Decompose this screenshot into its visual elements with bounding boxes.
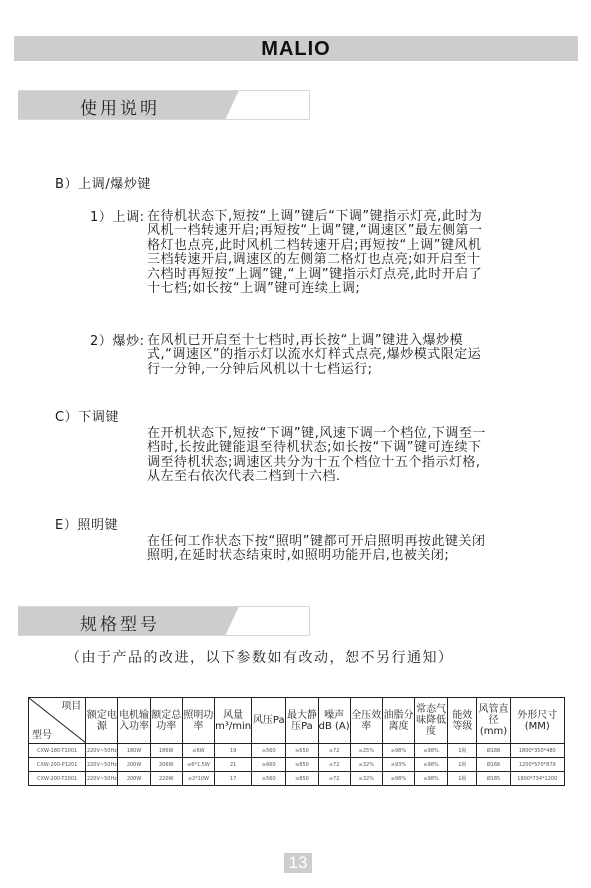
- table-cell: Ø185: [477, 772, 510, 786]
- table-row: CXW-200-P1201 220V~50Hz 200W 206W ≤6*1.5…: [29, 758, 565, 772]
- table-cell: ≥98%: [415, 744, 448, 758]
- column-header: 风管直径(mm): [477, 698, 510, 744]
- heading-c: C）下调键: [55, 410, 119, 425]
- column-header: 电机输入功率: [118, 698, 150, 744]
- column-header: 额定电源: [86, 698, 118, 744]
- column-header: 风量m³/min: [215, 698, 252, 744]
- table-cell: 200W: [118, 758, 150, 772]
- table-cell: 220W: [150, 772, 182, 786]
- column-header: 风压Pa: [252, 698, 286, 744]
- corner-top-label: 项目: [61, 701, 81, 712]
- item1-label: 1）上调:: [90, 210, 145, 225]
- table-cell: 220V~50Hz: [86, 772, 118, 786]
- column-header: 额定总功率: [150, 698, 182, 744]
- spec-note: （由于产品的改进，以下参数如有改动，恕不另行通知）: [66, 647, 454, 667]
- table-cell: ≥98%: [382, 744, 414, 758]
- column-header: 最大静压Pa: [286, 698, 318, 744]
- section-header-frame: [18, 606, 310, 636]
- table-cell: Ø166: [477, 758, 510, 772]
- table-cell: ≥32%: [350, 772, 382, 786]
- table-cell: ≥98%: [415, 758, 448, 772]
- section-title: 使用说明: [80, 94, 160, 119]
- column-header: 油脂分离度: [382, 698, 414, 744]
- table-cell: 180W: [118, 744, 150, 758]
- column-header: 照明功率: [182, 698, 214, 744]
- table-cell: CXW-200-T2001: [29, 772, 86, 786]
- table-cell: ≥98%: [415, 772, 448, 786]
- table-cell: 1800*734*1200: [510, 772, 564, 786]
- table-cell: 220V~50Hz: [86, 744, 118, 758]
- spec-table: 项目 型号 额定电源 电机输入功率 额定总功率 照明功率 风量m³/min 风压…: [28, 697, 565, 786]
- table-cell: CXW-200-P1201: [29, 758, 86, 772]
- section-title: 规格型号: [80, 610, 160, 635]
- table-cell: 21: [215, 758, 252, 772]
- corner-bottom-label: 型号: [32, 730, 52, 741]
- item2-label: 2）爆炒:: [90, 334, 145, 349]
- table-cell: 1级: [448, 772, 477, 786]
- table-cell: ≤72: [318, 758, 350, 772]
- table-cell: Ø188: [477, 744, 510, 758]
- table-cell: 1级: [448, 744, 477, 758]
- table-cell: 17: [215, 772, 252, 786]
- column-header: 噪声dB (A): [318, 698, 350, 744]
- header-bar: MALIO: [14, 36, 578, 61]
- corner-header: 项目 型号: [29, 698, 86, 744]
- table-cell: ≥560: [252, 744, 286, 758]
- c-text: 在开机状态下,短按“下调”键,风速下调一个档位,下调至一档时,长按此键能退至待机…: [147, 427, 492, 485]
- table-cell: ≤2*10W: [182, 772, 214, 786]
- table-cell: ≤6W: [182, 744, 214, 758]
- table-cell: ≥650: [286, 744, 318, 758]
- item1-text: 在待机状态下,短按“上调”键后“下调”键指示灯亮,此时为风机一档转速开启;再短按…: [147, 210, 492, 296]
- column-header: 外形尺寸(MM): [510, 698, 564, 744]
- section-header-frame: [18, 90, 310, 120]
- table-cell: ≥660: [252, 758, 286, 772]
- table-header-row: 项目 型号 额定电源 电机输入功率 额定总功率 照明功率 风量m³/min 风压…: [29, 698, 565, 744]
- table-cell: 1级: [448, 758, 477, 772]
- table-cell: ≥93%: [382, 758, 414, 772]
- table-cell: ≥850: [286, 772, 318, 786]
- e-text: 在任何工作状态下按“照明”键都可开启照明再按此键关闭照明,在延时状态结束时,如照…: [147, 535, 492, 564]
- table-cell: CXW-180-T1001: [29, 744, 86, 758]
- column-header: 全压效率: [350, 698, 382, 744]
- item2-text: 在风机已开启至十七档时,再长按“上调”键进入爆炒模式,“调速区”的指示灯以流水灯…: [147, 334, 492, 377]
- column-header: 能效等级: [448, 698, 477, 744]
- table-cell: ≥25%: [350, 744, 382, 758]
- table-cell: ≤6*1.5W: [182, 758, 214, 772]
- table-cell: ≤72: [318, 772, 350, 786]
- table-cell: 220V~50Hz: [86, 758, 118, 772]
- table-cell: ≥850: [286, 758, 318, 772]
- table-cell: 186W: [150, 744, 182, 758]
- table-cell: 206W: [150, 758, 182, 772]
- brand-logo: MALIO: [14, 38, 578, 61]
- heading-b: B）上调/爆炒键: [55, 177, 151, 192]
- table-cell: ≥32%: [350, 758, 382, 772]
- table-cell: 200W: [118, 772, 150, 786]
- section-header-spec: 规格型号: [18, 606, 310, 636]
- table-cell: ≥98%: [382, 772, 414, 786]
- section-header-usage: 使用说明: [18, 90, 310, 120]
- heading-e: E）照明键: [55, 518, 118, 533]
- table-cell: 1200*570*879: [510, 758, 564, 772]
- table-cell: 19: [215, 744, 252, 758]
- table-row: CXW-180-T1001 220V~50Hz 180W 186W ≤6W 19…: [29, 744, 565, 758]
- table-cell: ≥560: [252, 772, 286, 786]
- page-number: 13: [284, 853, 312, 873]
- table-cell: ≤72: [318, 744, 350, 758]
- column-header: 常态气味降低度: [415, 698, 448, 744]
- table-row: CXW-200-T2001 220V~50Hz 200W 220W ≤2*10W…: [29, 772, 565, 786]
- table-cell: 1800*350*480: [510, 744, 564, 758]
